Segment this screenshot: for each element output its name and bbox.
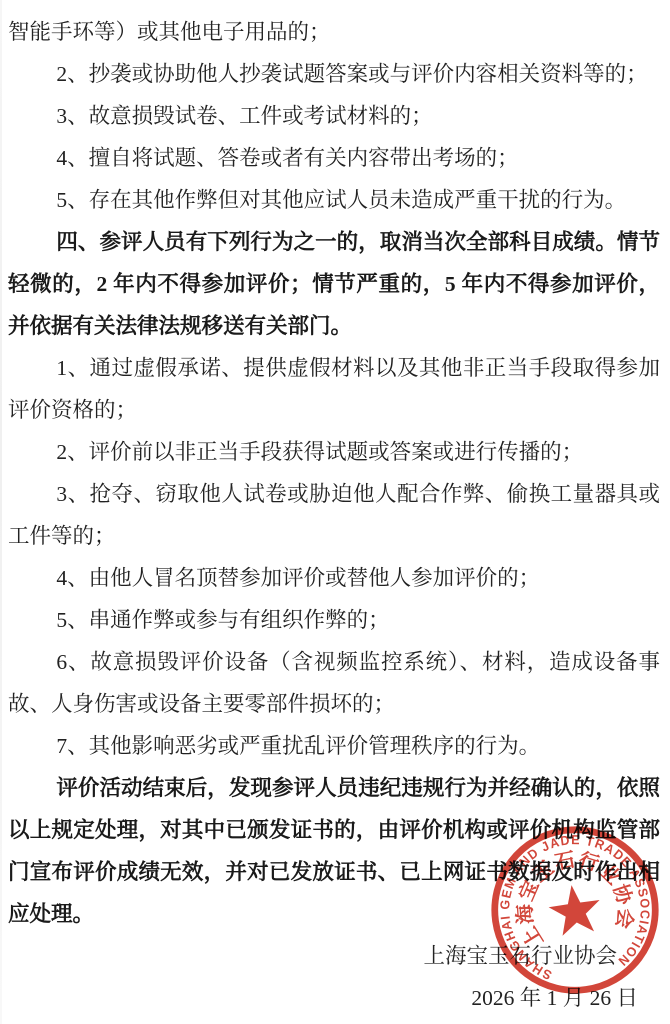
list-item-3: 3、故意损毁试卷、工件或考试材料的； (8, 95, 660, 137)
sub-item-1: 1、通过虚假承诺、提供虚假材料以及其他非正当手段取得参加评价资格的； (8, 347, 660, 431)
sub-item-5: 5、串通作弊或参与有组织作弊的； (8, 599, 660, 641)
sub-item-4: 4、由他人冒名顶替参加评价或替他人参加评价的； (8, 557, 660, 599)
list-item-2: 2、抄袭或协助他人抄袭试题答案或与评价内容相关资料等的； (8, 53, 660, 95)
sub-item-7: 7、其他影响恶劣或严重扰乱评价管理秩序的行为。 (8, 725, 660, 767)
paragraph-continuation: 智能手环等）或其他电子用品的； (8, 11, 660, 53)
list-item-5: 5、存在其他作弊但对其他应试人员未造成严重干扰的行为。 (8, 179, 660, 221)
section-4-heading: 四、参评人员有下列行为之一的，取消当次全部科目成绩。情节轻微的，2 年内不得参加… (8, 221, 660, 347)
list-item-4: 4、擅自将试题、答卷或者有关内容带出考场的； (8, 137, 660, 179)
sub-item-6: 6、故意损毁评价设备（含视频监控系统）、材料，造成设备事故、人身伤害或设备主要零… (8, 641, 660, 725)
sub-item-2: 2、评价前以非正当手段获得试题或答案或进行传播的； (8, 431, 660, 473)
scan-edge-artifact (0, 0, 2, 1024)
star-icon (546, 882, 604, 938)
official-seal: SHANGHAI GEM AND JADE TRADE ASSOCIATION … (477, 812, 670, 1009)
sub-item-3: 3、抢夺、窃取他人试卷或胁迫他人配合作弊、偷换工量器具或工件等的； (8, 473, 660, 557)
